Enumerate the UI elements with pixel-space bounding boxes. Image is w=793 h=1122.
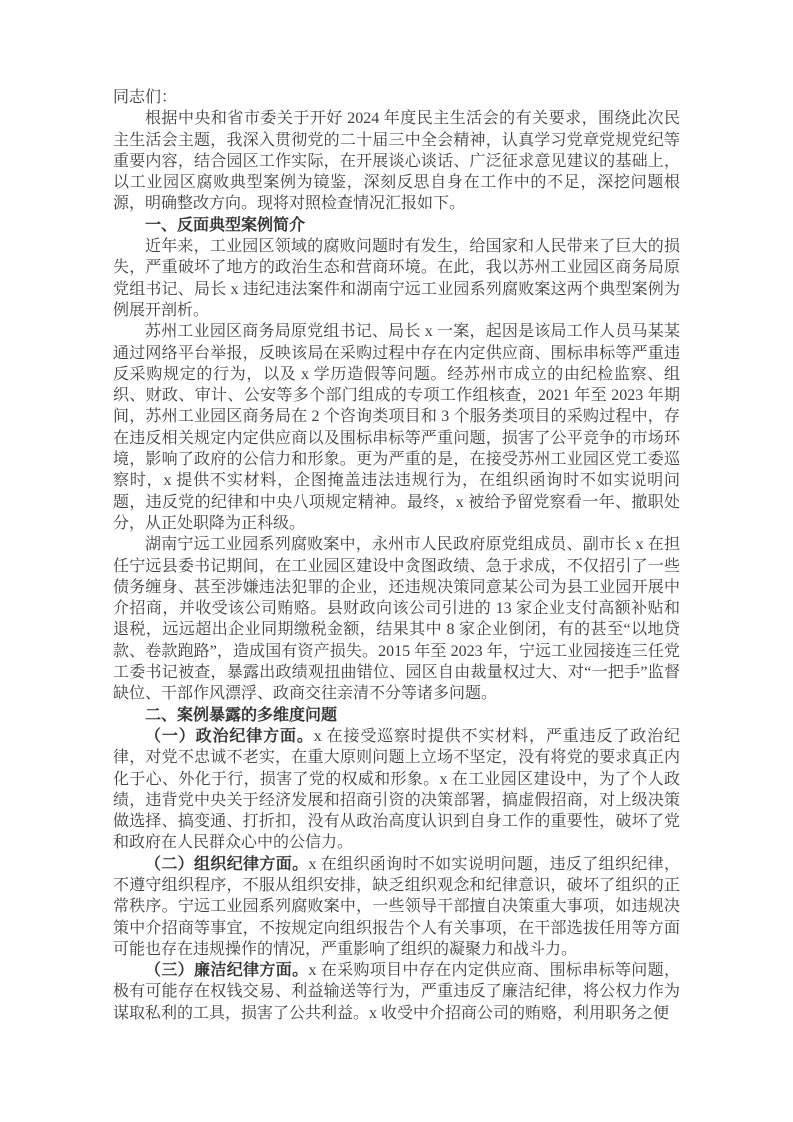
political-discipline-text: x 在接受巡察时提供不实材料，严重违反了政治纪律，对党不忠诚不老实，在重大原则问… (113, 728, 680, 851)
political-discipline-lead: （一）政治纪律方面。 (145, 728, 314, 745)
integrity-discipline-lead: （三）廉洁纪律方面。 (145, 962, 308, 979)
section-2-heading: 二、案例暴露的多维度问题 (113, 705, 680, 726)
suzhou-case-paragraph: 苏州工业园区商务局原党组书记、局长 x 一案，起因是该局工作人员马某某通过网络平… (113, 321, 680, 534)
document-page: 同志们： 根据中央和省市委关于开好 2024 年度民主生活会的有关要求，围绕此次… (0, 0, 793, 1122)
political-discipline-paragraph: （一）政治纪律方面。x 在接受巡察时提供不实材料，严重违反了政治纪律，对党不忠诚… (113, 726, 680, 854)
section-1-heading: 一、反面典型案例简介 (113, 215, 680, 236)
organizational-discipline-paragraph: （二）组织纪律方面。x 在组织函询时不如实说明问题，违反了组织纪律，不遵守组织程… (113, 854, 680, 960)
organizational-discipline-lead: （二）组织纪律方面。 (145, 856, 308, 873)
opening-paragraph: 根据中央和省市委关于开好 2024 年度民主生活会的有关要求，围绕此次民主生活会… (113, 108, 680, 214)
integrity-discipline-paragraph: （三）廉洁纪律方面。x 在采购项目中存在内定供应商、围标串标等问题，极有可能存在… (113, 960, 680, 1024)
hunan-case-paragraph: 湖南宁远工业园系列腐败案中，永州市人民政府原党组成员、副市长 x 在担任宁远县委… (113, 534, 680, 704)
salutation: 同志们： (113, 87, 680, 108)
case-intro-paragraph: 近年来，工业园区领域的腐败问题时有发生，给国家和人民带来了巨大的损失，严重破坏了… (113, 236, 680, 321)
